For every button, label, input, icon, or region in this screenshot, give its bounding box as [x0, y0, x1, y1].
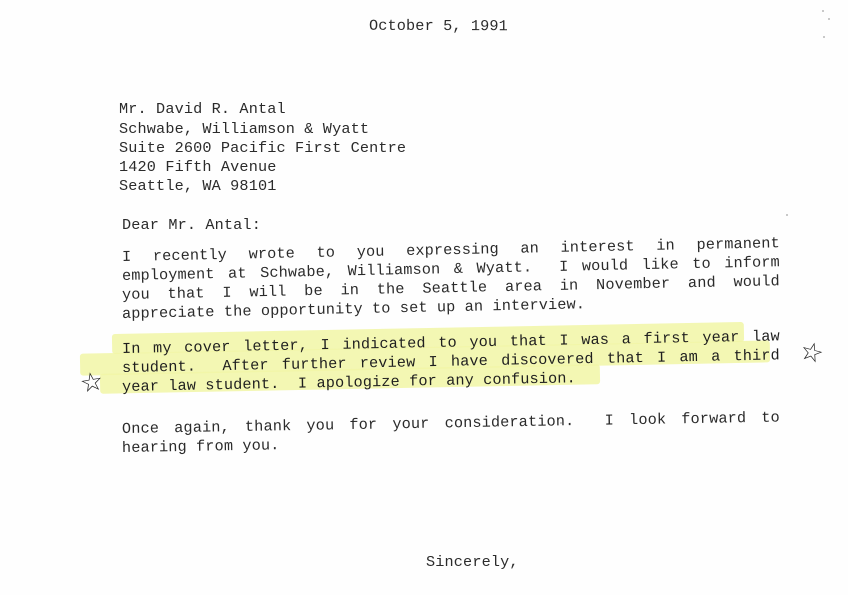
scan-speck: [823, 36, 825, 38]
salutation: Dear Mr. Antal:: [122, 216, 261, 235]
recipient-firm: Schwabe, Williamson & Wyatt: [119, 120, 369, 139]
recipient-street: 1420 Fifth Avenue: [119, 158, 277, 177]
closing: Sincerely,: [426, 553, 519, 572]
paragraph-line: Once again, thank you for your considera…: [122, 409, 780, 439]
scan-speck: [822, 10, 824, 12]
letter-date: October 5, 1991: [369, 17, 508, 36]
scan-speck: [828, 18, 830, 20]
paragraph-line: hearing from you.: [122, 436, 280, 458]
recipient-city: Seattle, WA 98101: [119, 177, 277, 196]
letter-page: October 5, 1991 Mr. David R. Antal Schwa…: [0, 0, 848, 595]
star-icon: ☆: [797, 337, 826, 368]
recipient-suite: Suite 2600 Pacific First Centre: [119, 139, 406, 158]
scan-speck: [786, 214, 788, 216]
star-icon: ☆: [78, 368, 105, 398]
recipient-name: Mr. David R. Antal: [119, 100, 286, 119]
